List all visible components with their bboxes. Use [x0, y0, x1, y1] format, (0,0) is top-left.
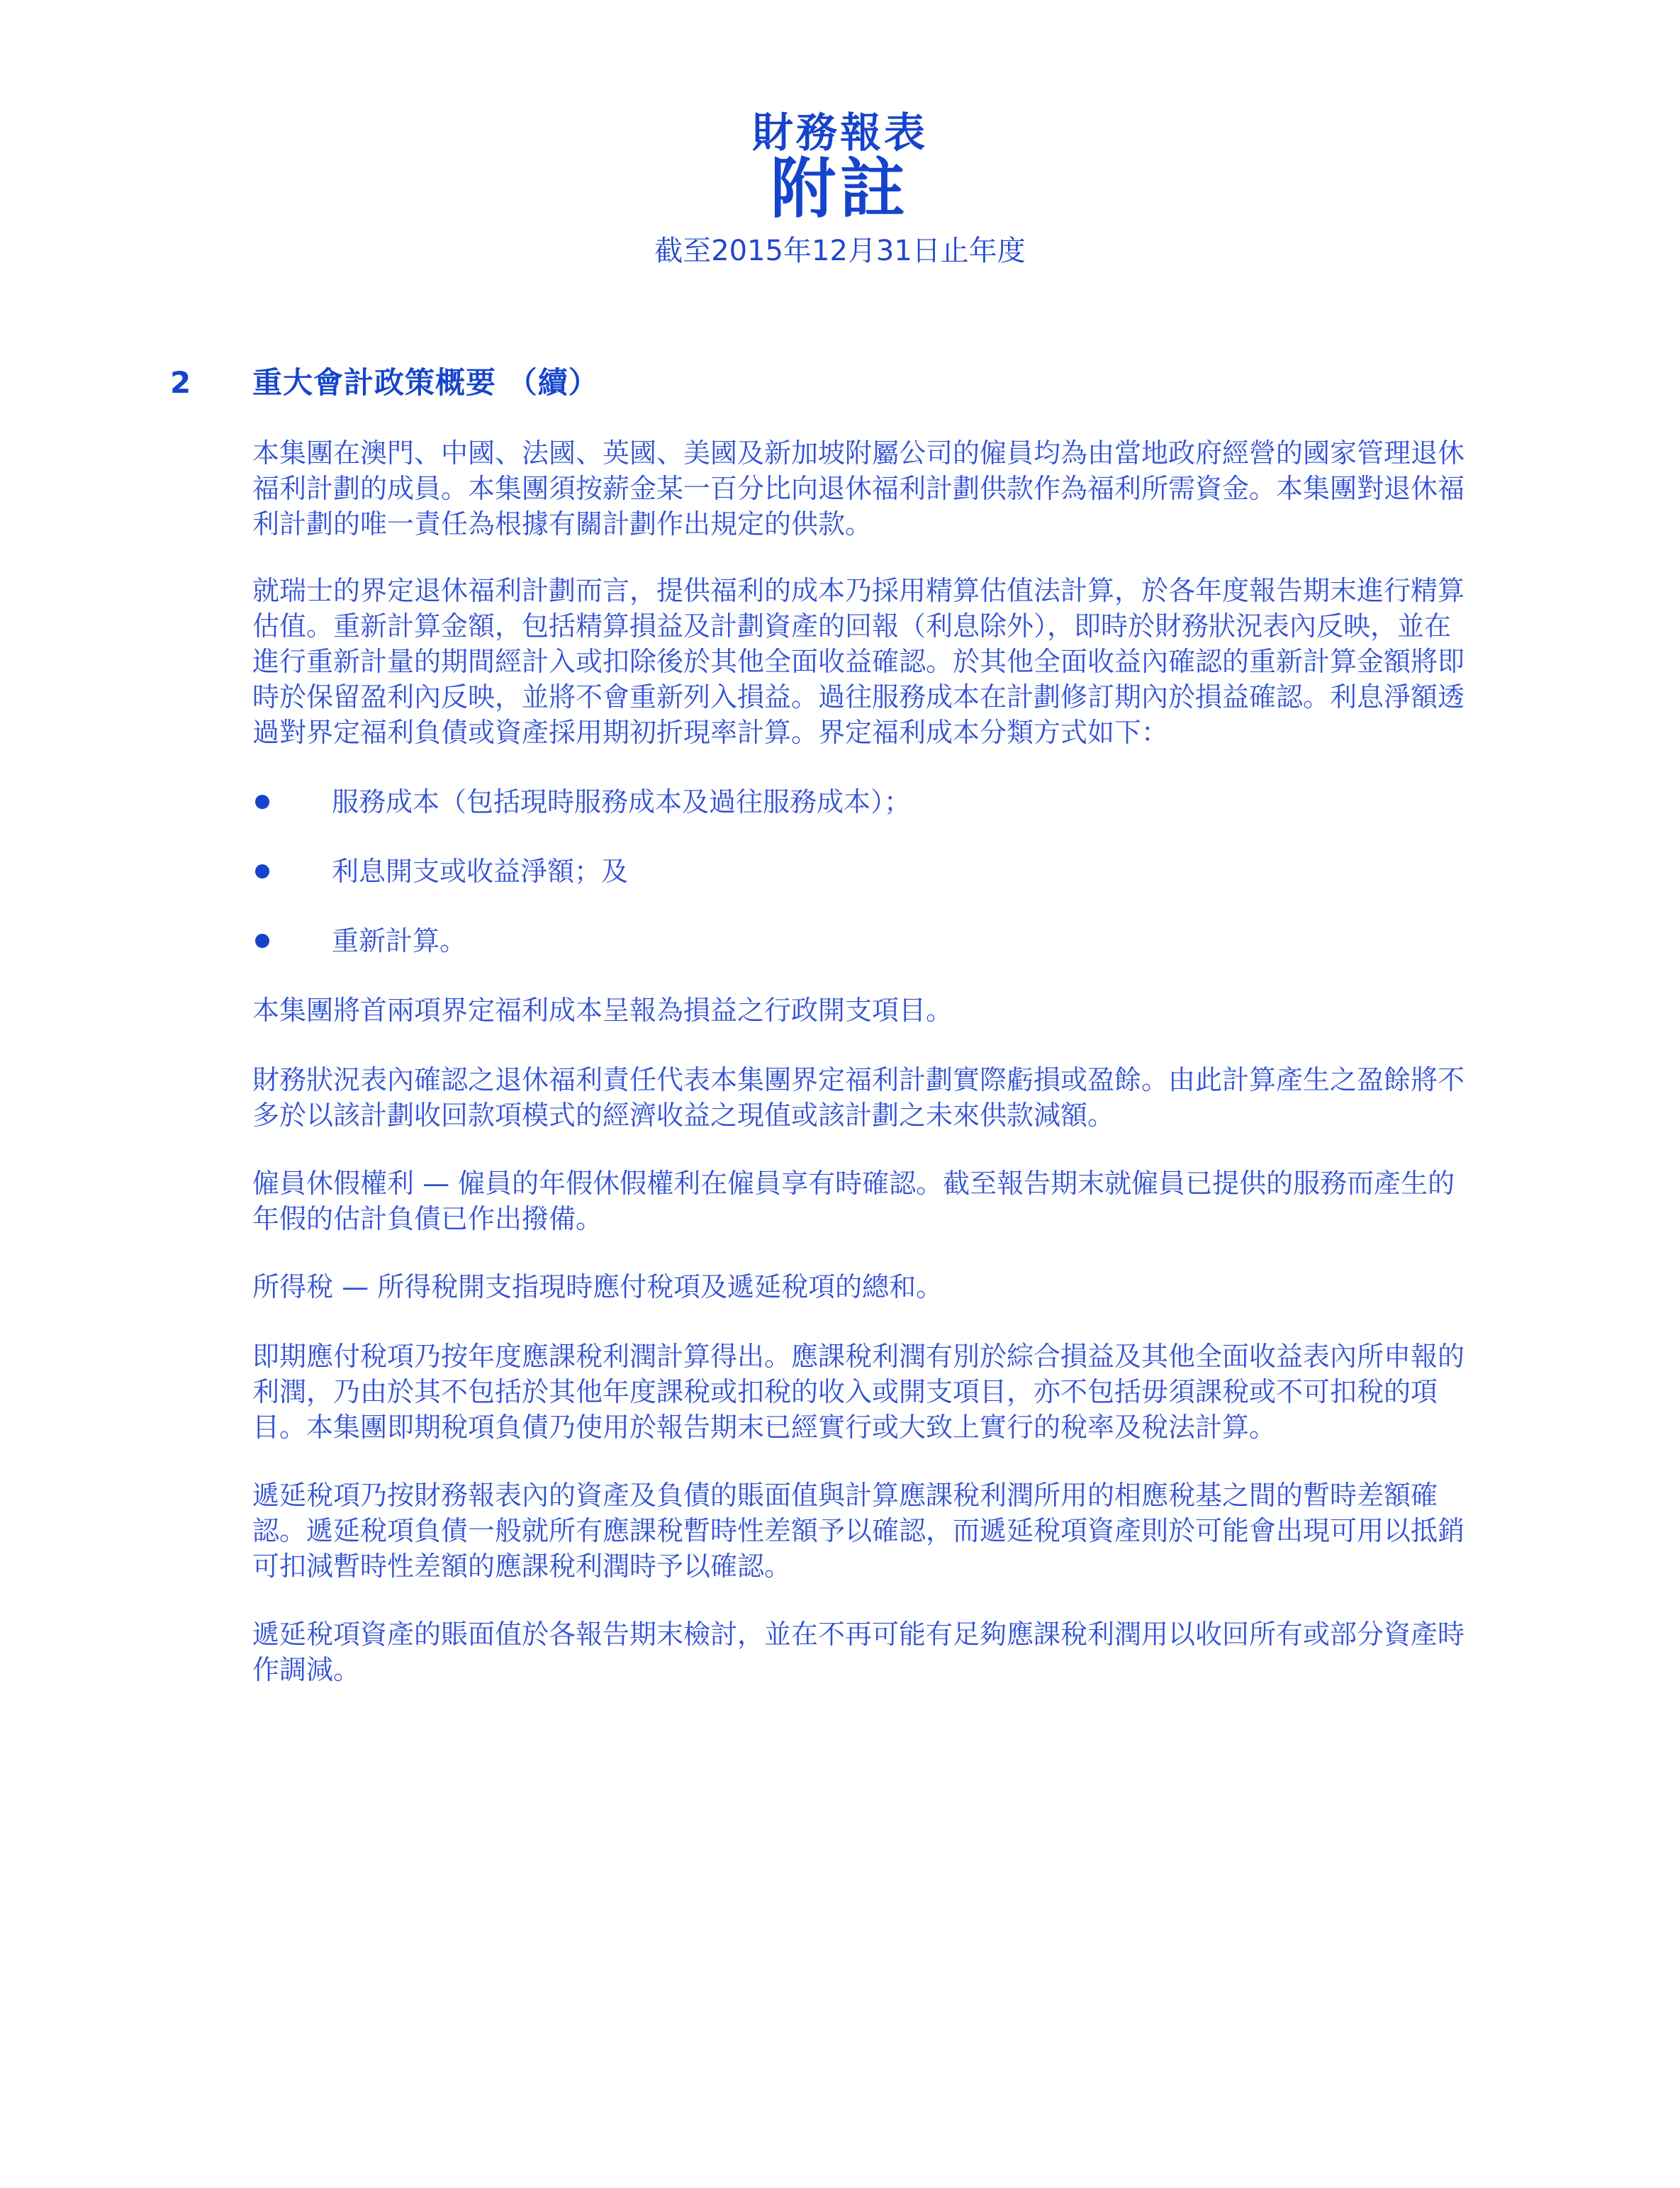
paragraph-state-retirement-schemes: 本集團在澳門、中國、法國、英國、美國及新加坡附屬公司的僱員均為由當地政府經營的國…	[252, 435, 1585, 542]
paragraph-deferred-tax: 遞延稅項乃按財務報表內的資產及負債的賬面值與計算應課稅利潤所用的相應稅基之間的暫…	[252, 1478, 1585, 1584]
paragraph-employee-leave: 僱員休假權利 — 僱員的年假休假權利在僱員享有時確認。截至報告期末就僱員已提供的…	[252, 1166, 1585, 1237]
text-line: 所得稅 — 所得稅開支指現時應付稅項及遞延稅項的總和。	[252, 1269, 1585, 1305]
section-number: 2	[170, 363, 191, 403]
text-line: 年假的估計負債已作出撥備。	[252, 1201, 1585, 1237]
bullet-icon	[255, 934, 269, 948]
paragraph-current-tax: 即期應付稅項乃按年度應課稅利潤計算得出。應課稅利潤有別於綜合損益及其他全面收益表…	[252, 1339, 1585, 1445]
text-line: 可扣減暫時性差額的應課稅利潤時予以確認。	[252, 1548, 1585, 1584]
bullet-icon	[255, 795, 269, 809]
paragraph-deferred-tax-assets: 遞延稅項資產的賬面值於各報告期末檢討，並在不再可能有足夠應課稅利潤用以收回所有或…	[252, 1617, 1585, 1687]
text-line: 進行重新計量的期間經計入或扣除後於其他全面收益確認。於其他全面收益內確認的重新計…	[252, 644, 1585, 679]
text-line: 過對界定福利負債或資產採用期初折現率計算。界定福利成本分類方式如下：	[252, 715, 1585, 750]
text-line: 認。遞延稅項負債一般就所有應課稅暫時性差額予以確認，而遞延稅項資產則於可能會出現…	[252, 1513, 1585, 1548]
text-line: 作調減。	[252, 1652, 1585, 1687]
paragraph-retirement-obligation: 財務狀況表內確認之退休福利責任代表本集團界定福利計劃實際虧損或盈餘。由此計算產生…	[252, 1062, 1585, 1133]
bullet-item-net-interest: 利息開支或收益淨額；及	[252, 854, 1585, 889]
text-line: 多於以該計劃收回款項模式的經濟收益之現值或該計劃之未來供款減額。	[252, 1098, 1585, 1133]
text-line: 遞延稅項乃按財務報表內的資產及負債的賬面值與計算應課稅利潤所用的相應稅基之間的暫…	[252, 1478, 1585, 1513]
paragraph-income-tax: 所得稅 — 所得稅開支指現時應付稅項及遞延稅項的總和。	[252, 1269, 1585, 1305]
text-line: 財務狀況表內確認之退休福利責任代表本集團界定福利計劃實際虧損或盈餘。由此計算產生…	[252, 1062, 1585, 1098]
text-line: 估值。重新計算金額，包括精算損益及計劃資產的回報（利息除外），即時於財務狀況表內…	[252, 608, 1585, 644]
text-line: 時於保留盈利內反映，並將不會重新列入損益。過往服務成本在計劃修訂期內於損益確認。…	[252, 679, 1585, 715]
text-line: 僱員休假權利 — 僱員的年假休假權利在僱員享有時確認。截至報告期末就僱員已提供的…	[252, 1166, 1585, 1201]
text-line: 目。本集團即期稅項負債乃使用於報告期末已經實行或大致上實行的稅率及稅法計算。	[252, 1410, 1585, 1445]
text-line: 本集團將首兩項界定福利成本呈報為損益之行政開支項目。	[252, 993, 1585, 1028]
bullet-icon	[255, 864, 269, 878]
text-line: 利潤，乃由於其不包括於其他年度課稅或扣稅的收入或開支項目，亦不包括毋須課稅或不可…	[252, 1374, 1585, 1410]
bullet-item-service-cost: 服務成本（包括現時服務成本及過往服務成本）；	[252, 784, 1585, 820]
text-line: 遞延稅項資產的賬面值於各報告期末檢討，並在不再可能有足夠應課稅利潤用以收回所有或…	[252, 1617, 1585, 1652]
text-line: 福利計劃的成員。本集團須按薪金某一百分比向退休福利計劃供款作為福利所需資金。本集…	[252, 471, 1585, 506]
text-line: 本集團在澳門、中國、法國、英國、美國及新加坡附屬公司的僱員均為由當地政府經營的國…	[252, 435, 1585, 471]
bullet-text: 利息開支或收益淨額；及	[332, 854, 628, 889]
bullet-item-remeasurement: 重新計算。	[252, 923, 1585, 959]
paragraph-admin-expenses: 本集團將首兩項界定福利成本呈報為損益之行政開支項目。	[252, 993, 1585, 1028]
section-title: 重大會計政策概要 （續）	[252, 363, 599, 403]
notes-title: 附註	[0, 150, 1680, 228]
paragraph-defined-benefit-plan: 就瑞士的界定退休福利計劃而言，提供福利的成本乃採用精算估值法計算，於各年度報告期…	[252, 573, 1585, 750]
bullet-text: 服務成本（包括現時服務成本及過往服務成本）；	[332, 784, 911, 820]
bullet-text: 重新計算。	[332, 923, 466, 959]
text-line: 利計劃的唯一責任為根據有關計劃作出規定的供款。	[252, 506, 1585, 542]
reporting-period: 截至2015年12月31日止年度	[0, 231, 1680, 271]
text-line: 即期應付稅項乃按年度應課稅利潤計算得出。應課稅利潤有別於綜合損益及其他全面收益表…	[252, 1339, 1585, 1374]
text-line: 就瑞士的界定退休福利計劃而言，提供福利的成本乃採用精算估值法計算，於各年度報告期…	[252, 573, 1585, 608]
